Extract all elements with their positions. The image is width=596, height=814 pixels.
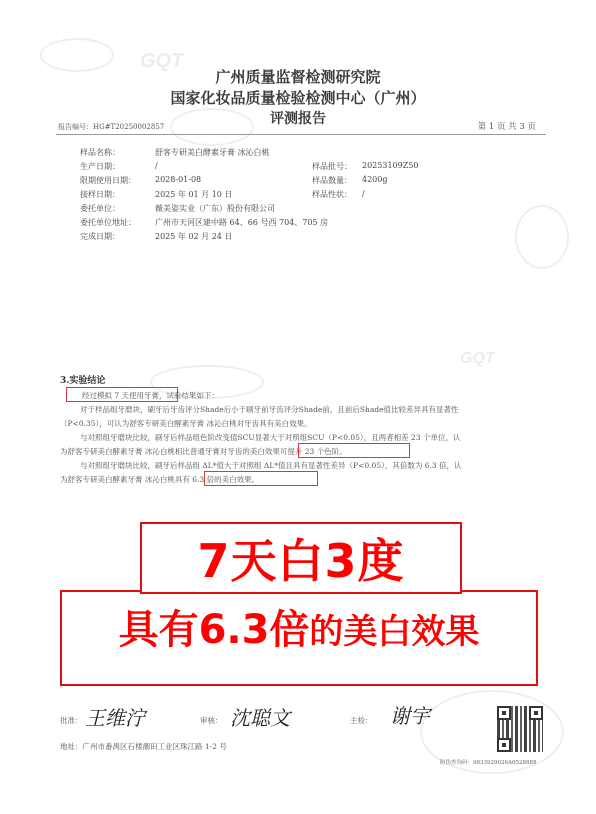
completion-date-label: 完成日期： <box>80 231 120 242</box>
inspect-label: 主检： <box>350 715 373 726</box>
sample-state-value: / <box>362 189 365 198</box>
page-info: 第 1 页 共 3 页 <box>478 120 536 132</box>
header-divider <box>56 134 546 135</box>
highlight-box-7days <box>66 387 178 402</box>
gqt-watermark-mid: GQT <box>460 350 495 368</box>
query-code: 9833929026A6528888 <box>473 760 536 766</box>
production-date-label: 生产日期： <box>80 161 120 172</box>
approve-label: 批准： <box>60 715 83 726</box>
conclusion-line-2: 对于样品组牙磨块，刷牙后牙齿评分Shade后小于刷牙前牙齿评分Shade前，且前… <box>80 404 459 415</box>
review-signature: 沈聪文 <box>230 702 290 731</box>
review-label: 审核： <box>200 715 223 726</box>
receipt-date-label: 接样日期： <box>80 189 120 200</box>
client-address-label: 委托单位地址： <box>80 217 136 228</box>
callout-text-has: 具有 <box>119 607 199 653</box>
sample-qty-label: 样品数量： <box>312 175 352 186</box>
expiry-date-label: 限期使用日期： <box>80 175 136 186</box>
center-name: 国家化妆品质量检验检测中心（广州） <box>0 87 596 108</box>
highlight-callout-6-3x: 具有6.3倍的美白效果 <box>60 590 538 686</box>
sample-name-label: 样品名称： <box>80 147 120 158</box>
anti-fake-query: 防伪查询码：9833929026A6528888 <box>440 758 536 766</box>
expiry-date-value: 2028-01-08 <box>155 175 201 184</box>
highlight-box-23-shades <box>298 443 410 458</box>
batch-no-value: 20253109Z50 <box>362 161 418 170</box>
highlight-box-6-3x <box>204 471 318 486</box>
sample-state-label: 样品性状： <box>312 189 352 200</box>
callout-text-whitening-effect: 的美白效果 <box>309 612 479 652</box>
sample-name-value: 舒客专研美白酵素牙膏 冰沁白桃 <box>155 147 270 158</box>
approve-signature: 王维泞 <box>85 702 145 731</box>
conclusion-line-6: 与对照组牙磨块比较，刷牙后样品组 ΔL*值大于对照组 ΔL*值且具有显著性差异（… <box>80 460 462 471</box>
production-date-value: / <box>155 161 158 170</box>
inspect-signature: 谢宇 <box>390 700 430 729</box>
qr-corner-icon <box>497 706 511 720</box>
qr-code-icon <box>497 706 543 752</box>
lab-address: 地址：广州市番禺区石楼潮田工业区珠江路 1-2 号 <box>60 741 227 752</box>
highlight-callout-7days: 7天白3度 <box>140 522 462 594</box>
cloud-pattern-right <box>515 205 569 269</box>
report-number-value: HG#T20250002857 <box>93 123 164 131</box>
client-address-value: 广州市天河区建中路 64、66 号西 704、705 房 <box>155 217 328 228</box>
section-title: 3.实验结论 <box>60 373 105 386</box>
callout-text-6-3x: 6.3倍 <box>199 607 310 653</box>
conclusion-line-4: 与对照组牙磨块比较，刷牙后样品组色阶改变值SCU显著大于对照组SCU（P<0.0… <box>80 432 460 443</box>
conclusion-line-5-pre: 为舒客专研美白酵素牙膏 冰沁白桃相比普通牙膏对牙齿的 <box>60 447 250 456</box>
report-number: 报告编号：HG#T20250002857 <box>58 122 164 132</box>
report-number-label: 报告编号： <box>58 123 93 131</box>
qr-corner-icon <box>497 738 511 752</box>
query-label: 防伪查询码： <box>440 760 473 766</box>
conclusion-line-3: （P<0.35），可认为舒客专研美白酵素牙膏 冰沁白桃对牙齿具有美白效果。 <box>60 418 312 429</box>
qr-corner-icon <box>529 706 543 720</box>
batch-no-label: 样品批号： <box>312 161 352 172</box>
client-value: 薇美姿实业（广东）股份有限公司 <box>155 203 275 214</box>
sample-qty-value: 4200g <box>362 175 387 184</box>
completion-date-value: 2025 年 02 月 24 日 <box>155 231 232 242</box>
client-label: 委托单位： <box>80 203 120 214</box>
receipt-date-value: 2025 年 01 月 10 日 <box>155 189 232 200</box>
conclusion-line-7-pre: 为舒客专研美白酵素牙膏 冰沁白桃 <box>60 475 175 484</box>
callout-6-3x-text: 具有6.3倍的美白效果 <box>62 598 536 655</box>
callout-7days-text: 7天白3度 <box>197 525 404 591</box>
institute-name: 广州质量监督检测研究院 <box>0 66 596 87</box>
